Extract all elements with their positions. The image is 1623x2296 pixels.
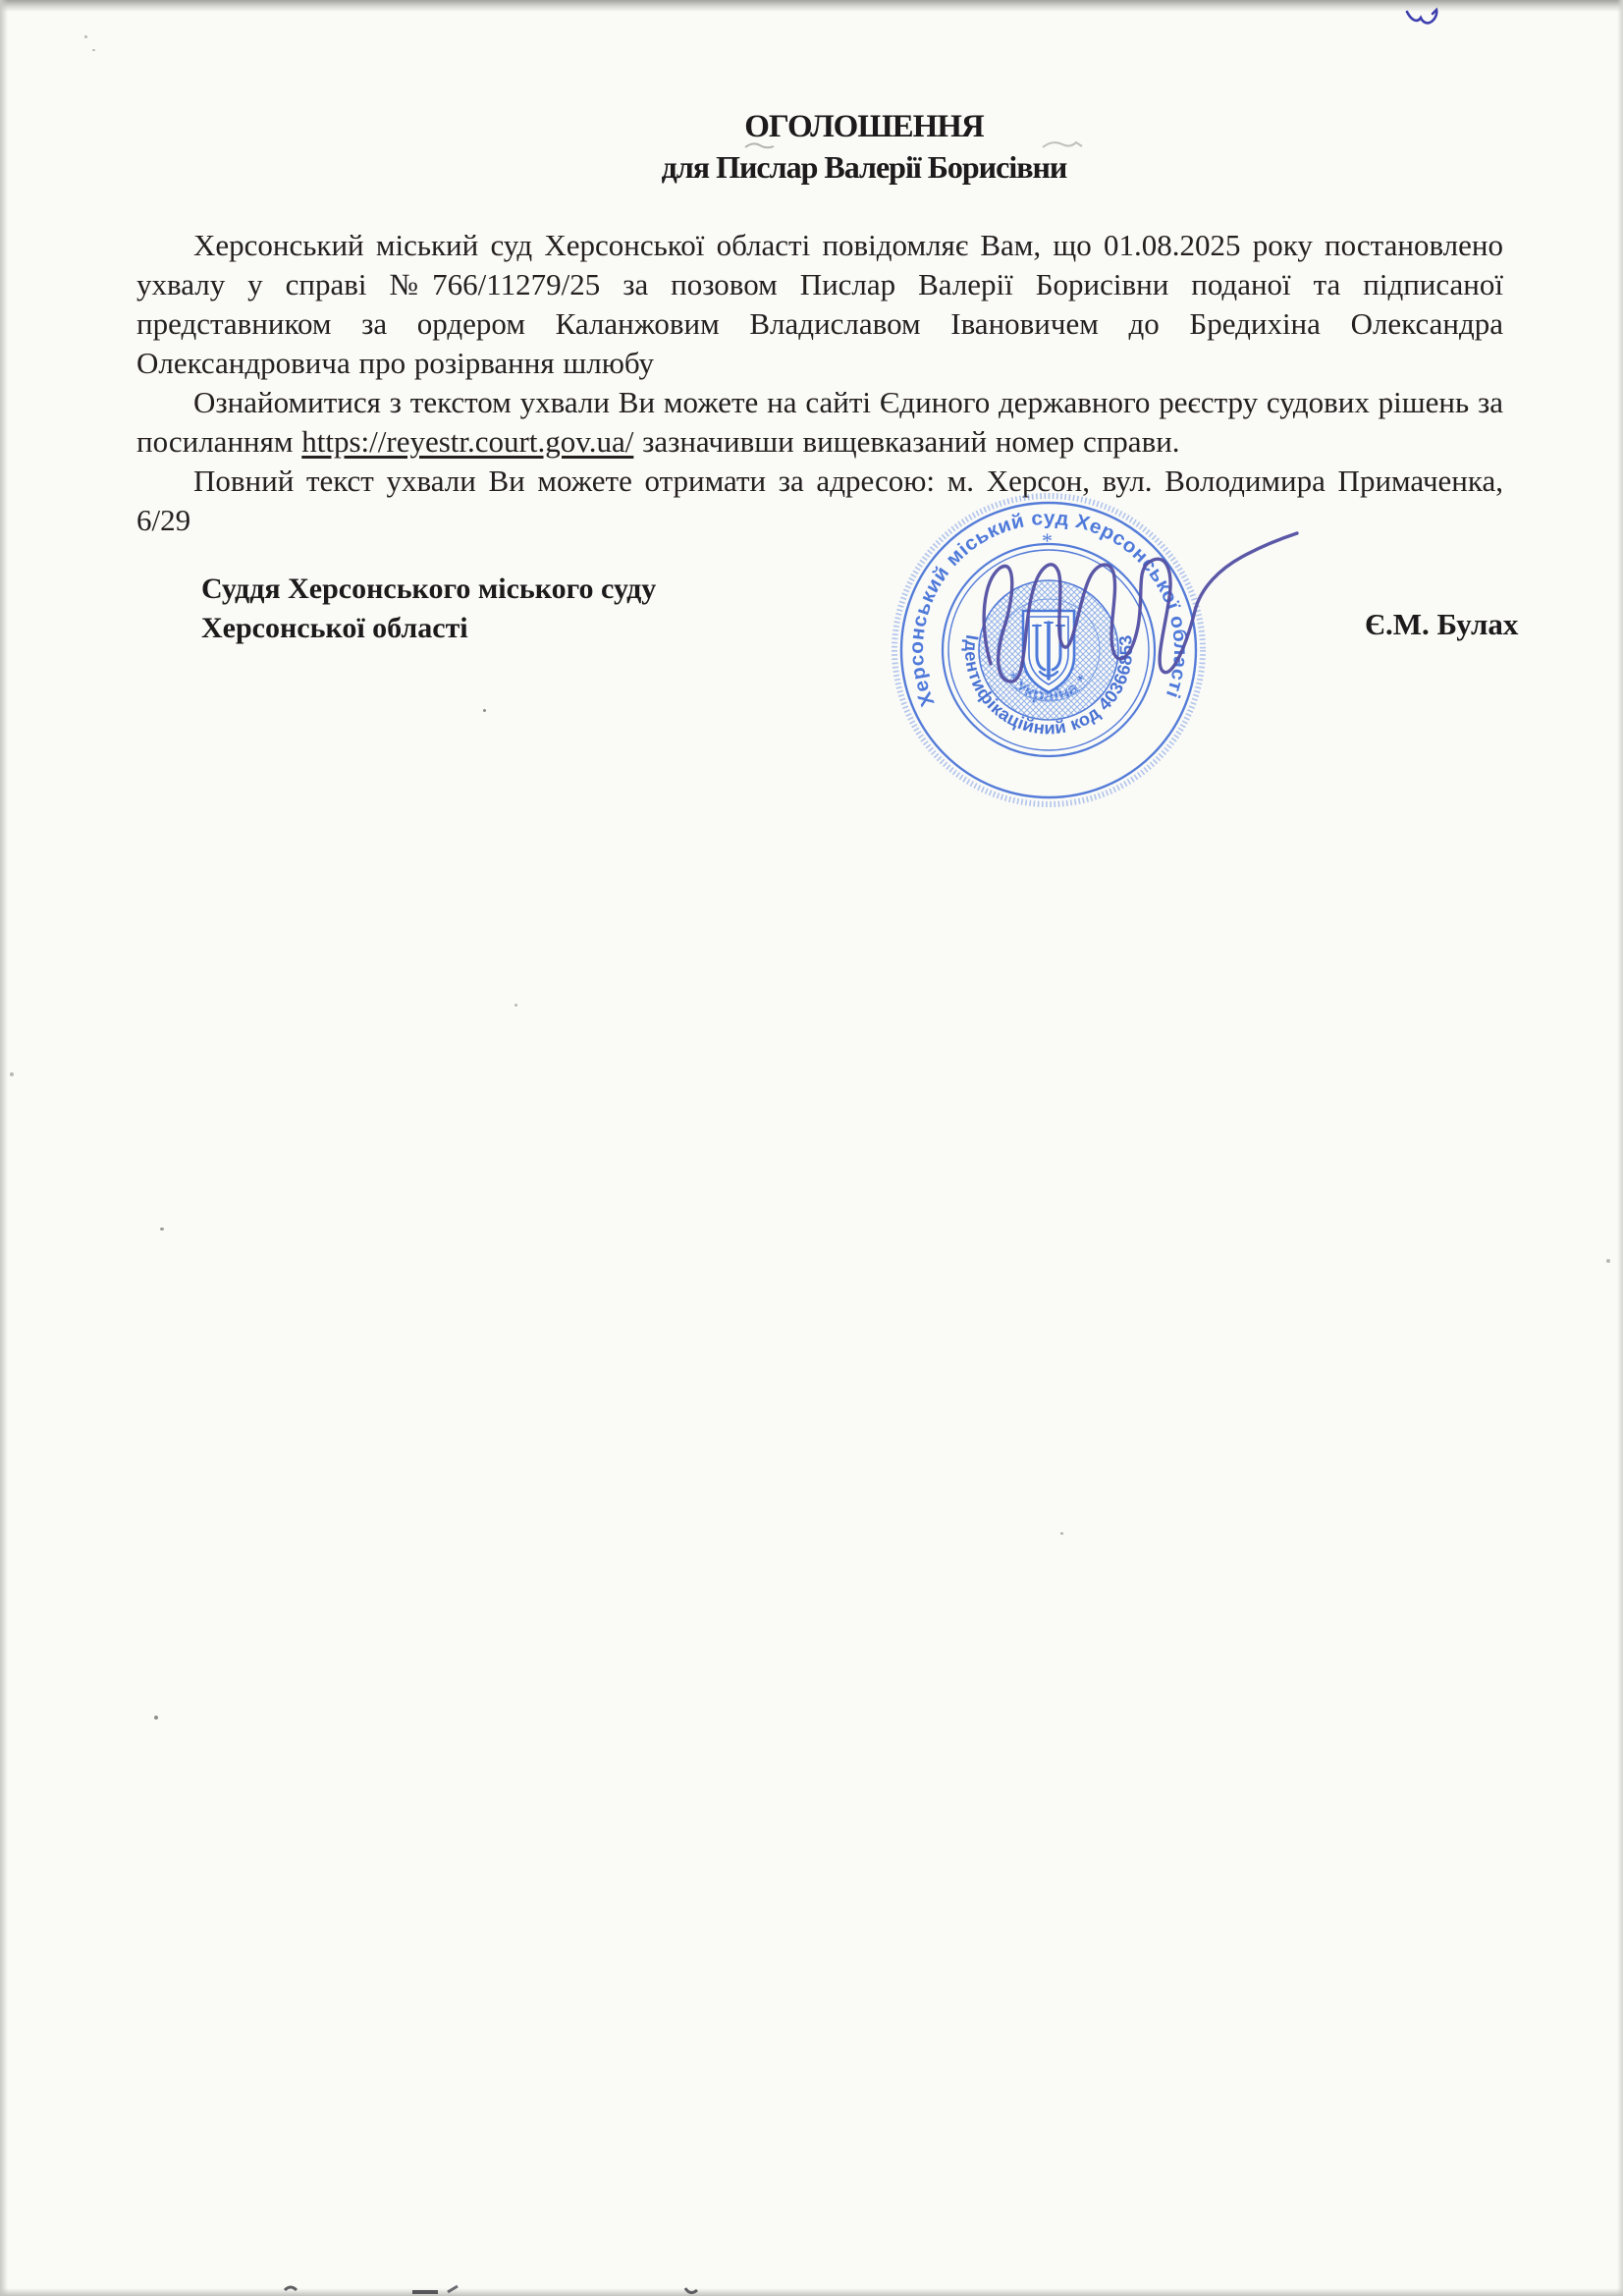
scan-edge-top — [0, 0, 1623, 12]
stamp-center-disc — [979, 580, 1118, 720]
pen-mark-top-right — [1399, 2, 1448, 36]
scan-speck — [514, 1004, 517, 1007]
document-body: ОГОЛОШЕННЯ для Пислар Валерії Борисівни … — [136, 106, 1503, 540]
registry-text-after-link: зазначивши вищевказаний номер справи. — [633, 424, 1179, 459]
paragraph-case-info: Херсонський міський суд Херсонської обла… — [136, 226, 1503, 383]
judge-title-line2: Херсонської області — [201, 609, 656, 648]
paragraph-registry-info: Ознайомитися з текстом ухвали Ви можете … — [136, 383, 1503, 462]
scan-speck — [1060, 1532, 1063, 1535]
scan-speck — [84, 35, 87, 38]
scan-edge-bottom — [0, 2288, 1623, 2296]
stamp-center-decor-ring — [998, 599, 1100, 701]
judge-name: Є.М. Булах — [1365, 607, 1518, 642]
stamp-ukraine-label: * Україна * — [1002, 669, 1093, 705]
scan-speck — [10, 1072, 14, 1076]
scan-speck — [160, 1228, 164, 1230]
page-title: ОГОЛОШЕННЯ — [225, 106, 1503, 147]
scan-speck — [1606, 1259, 1610, 1263]
judge-title-line1: Суддя Херсонського міського суду — [201, 570, 656, 609]
scan-speck — [154, 1716, 158, 1720]
scan-edge-left — [0, 0, 8, 2296]
page-subtitle: для Пислар Валерії Борисівни — [225, 147, 1503, 187]
ukraine-trident-emblem — [1023, 611, 1074, 692]
scan-speck — [483, 709, 486, 712]
paragraph-address-info: Повний текст ухвали Ви можете отримати з… — [136, 462, 1503, 540]
court-registry-link[interactable]: https://reyestr.court.gov.ua/ — [301, 424, 633, 459]
scan-speck — [92, 49, 95, 51]
scan-edge-right — [1617, 0, 1623, 2296]
bottom-edge-marks — [275, 2280, 746, 2296]
judge-title-block: Суддя Херсонського міського суду Херсонс… — [201, 570, 656, 648]
stamp-middle-ring — [943, 544, 1155, 756]
signature-ink — [984, 533, 1297, 682]
stamp-id-code-label: Ідентифікаційний код 40366853 — [961, 633, 1136, 738]
stamp-middle-ring-inner — [948, 550, 1149, 750]
stamp-microtext-ring — [894, 496, 1203, 804]
scanned-court-document: ОГОЛОШЕННЯ для Пислар Валерії Борисівни … — [0, 0, 1623, 2296]
stamp-outer-ring — [901, 503, 1196, 797]
